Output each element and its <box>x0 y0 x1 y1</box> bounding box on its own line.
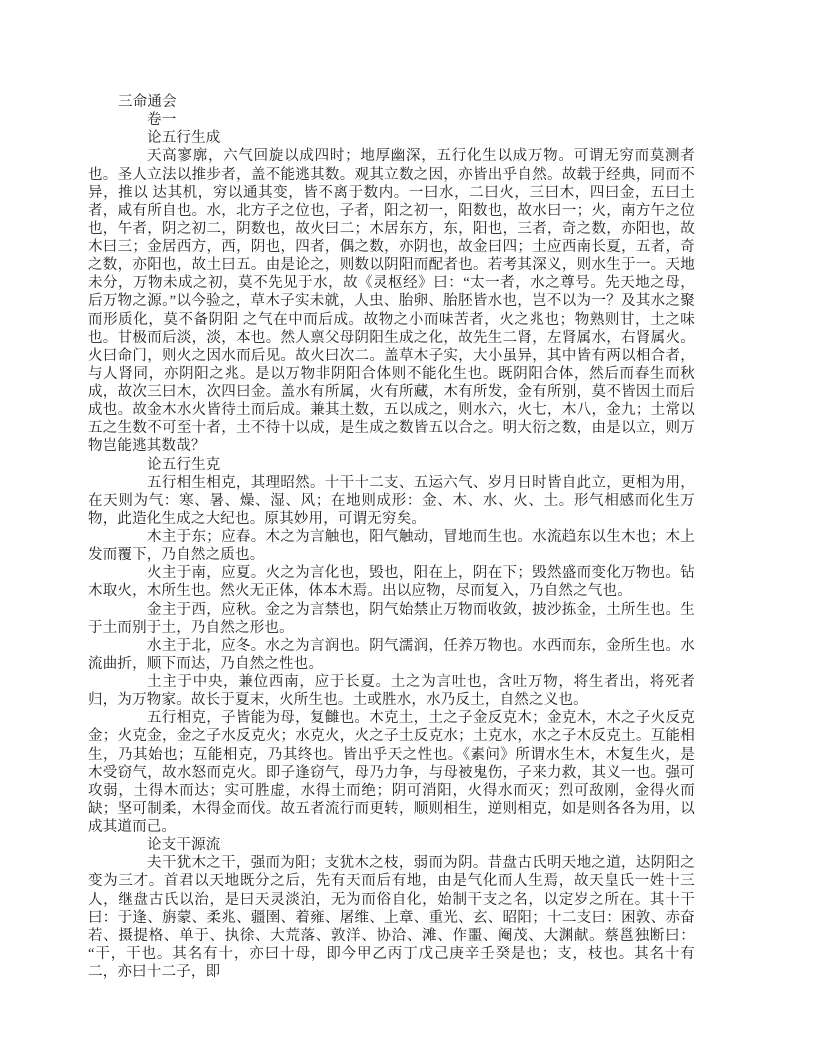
paragraph-wuxing-shengke-6: 土主于中央，兼位西南，应于长夏。土之为言吐也，含吐万物，将生者出，将死者归，为万… <box>88 673 695 709</box>
paragraph-wuxing-shengke-1: 五行相生相克，其理昭然。十干十二支、五运六气、岁月日时皆自此立，更相为用，在天则… <box>88 474 695 528</box>
paragraph-wuxing-shengke-7: 五行相克，子皆能为母，复雠也。木克土，土之子金反克木；金克木，木之子火反克金；火… <box>88 709 695 836</box>
section-heading-zhigan-yuanliu: 论支干源流 <box>88 836 695 854</box>
section-heading-wuxing-shengcheng: 论五行生成 <box>88 129 695 147</box>
paragraph-wuxing-shengcheng-1: 天高寥廓，六气回旋以成四时；地厚幽深，五行化生以成万物。可谓无穷而莫测者也。圣人… <box>88 147 695 455</box>
paragraph-wuxing-shengke-3: 火主于南，应夏。火之为言化也，毁也，阳在上，阴在下；毁然盛而变化万物也。钻木取火… <box>88 564 695 600</box>
document-title: 三命通会 <box>88 93 695 111</box>
paragraph-wuxing-shengke-2: 木主于东；应春。木之为言触也，阳气触动，冒地而生也。水流趋东以生木也；木上发而覆… <box>88 528 695 564</box>
volume-heading: 卷一 <box>88 111 695 129</box>
section-heading-wuxing-shengke: 论五行生克 <box>88 456 695 474</box>
paragraph-zhigan-yuanliu-1: 夫干犹木之干，强而为阳；支犹木之枝，弱而为阴。昔盘古氏明天地之道，达阴阳之变为三… <box>88 854 695 981</box>
paragraph-wuxing-shengke-5: 水主于北，应冬。水之为言润也。阴气濡润，任养万物也。水西而东，金所生也。水流曲折… <box>88 637 695 673</box>
document-content: 三命通会 卷一 论五行生成 天高寥廓，六气回旋以成四时；地厚幽深，五行化生以成万… <box>88 93 695 981</box>
paragraph-wuxing-shengke-4: 金主于西，应秋。金之为言禁也，阴气始禁止万物而收敛，披沙拣金，土所生也。生于土而… <box>88 601 695 637</box>
document-page: 三命通会 卷一 论五行生成 天高寥廓，六气回旋以成四时；地厚幽深，五行化生以成万… <box>0 0 816 1056</box>
